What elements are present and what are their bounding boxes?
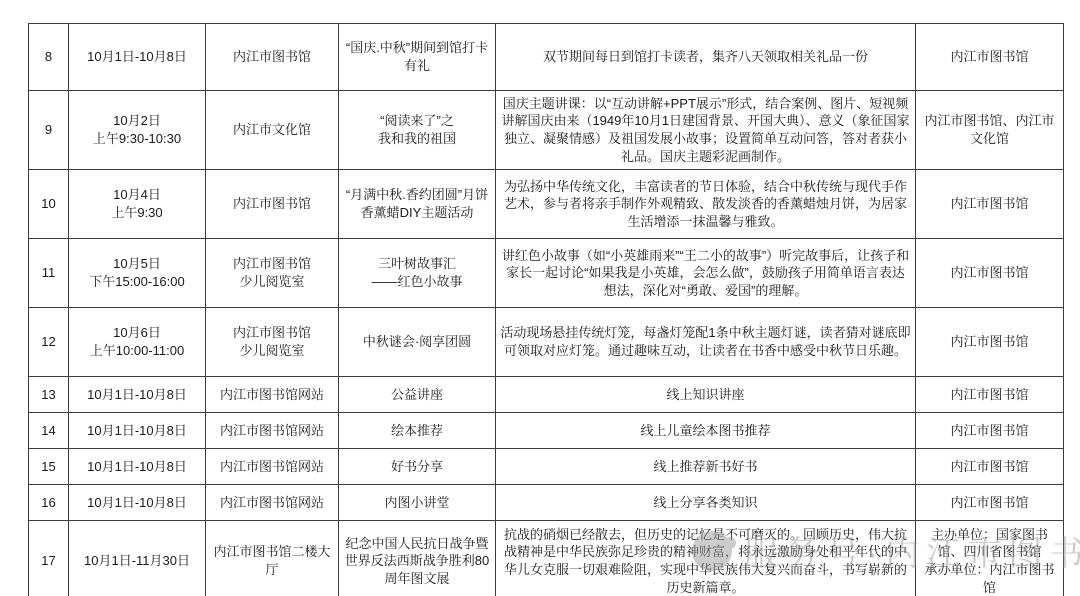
cell-organizer: 内江市图书馆 [916,413,1064,449]
table-row: 8 10月1日-10月8日 内江市图书馆 “国庆.中秋”期间到馆打卡有礼 双节期… [29,24,1064,91]
cell-description: 国庆主题讲课：以“互动讲解+PPT展示”形式，结合案例、图片、短视频讲解国庆由来… [496,91,916,170]
cell-description: 线上推荐新书好书 [496,449,916,485]
cell-location: 内江市图书馆 [206,170,339,239]
cell-activity-title: “月满中秋.香约团圆”月饼香薰蜡DIY主题活动 [339,170,496,239]
cell-activity-title: 绘本推荐 [339,413,496,449]
table-row: 16 10月1日-10月8日 内江市图书馆网站 内图小讲堂 线上分享各类知识 内… [29,485,1064,521]
cell-organizer: 内江市图书馆 [916,449,1064,485]
cell-location: 内江市图书馆 少儿阅览室 [206,308,339,377]
cell-date: 10月2日 上午9:30-10:30 [69,91,206,170]
cell-date: 10月5日 下午15:00-16:00 [69,239,206,308]
cell-location: 内江市图书馆二楼大厅 [206,521,339,596]
cell-organizer: 主办单位：国家图书馆、四川省图书馆 承办单位：内江市图书馆 [916,521,1064,596]
table-row: 9 10月2日 上午9:30-10:30 内江市文化馆 “阅读来了”之 我和我的… [29,91,1064,170]
cell-date: 10月1日-10月8日 [69,485,206,521]
cell-activity-title: 公益讲座 [339,377,496,413]
cell-location: 内江市图书馆网站 [206,449,339,485]
cell-row-number: 10 [29,170,69,239]
cell-row-number: 8 [29,24,69,91]
cell-organizer: 内江市图书馆 [916,308,1064,377]
cell-description: 活动现场悬挂传统灯笼，每盏灯笼配1条中秋主题灯谜，读者猜对谜底即可领取对应灯笼。… [496,308,916,377]
cell-date: 10月1日-10月8日 [69,449,206,485]
cell-activity-title: 内图小讲堂 [339,485,496,521]
cell-activity-title: 纪念中国人民抗日战争暨世界反法西斯战争胜利80周年图文展 [339,521,496,596]
cell-location: 内江市图书馆 少儿阅览室 [206,239,339,308]
table-row: 15 10月1日-10月8日 内江市图书馆网站 好书分享 线上推荐新书好书 内江… [29,449,1064,485]
cell-date: 10月1日-10月8日 [69,377,206,413]
table-row: 17 10月1日-11月30日 内江市图书馆二楼大厅 纪念中国人民抗日战争暨世界… [29,521,1064,596]
cell-activity-title: “国庆.中秋”期间到馆打卡有礼 [339,24,496,91]
cell-row-number: 9 [29,91,69,170]
cell-description: 线上分享各类知识 [496,485,916,521]
cell-date: 10月1日-10月8日 [69,413,206,449]
table-row: 10 10月4日 上午9:30 内江市图书馆 “月满中秋.香约团圆”月饼香薰蜡D… [29,170,1064,239]
cell-row-number: 13 [29,377,69,413]
cell-organizer: 内江市图书馆 [916,24,1064,91]
cell-row-number: 17 [29,521,69,596]
cell-organizer: 内江市图书馆 [916,377,1064,413]
cell-row-number: 12 [29,308,69,377]
table-row: 14 10月1日-10月8日 内江市图书馆网站 绘本推荐 线上儿童绘本图书推荐 … [29,413,1064,449]
table-row: 12 10月6日 上午10:00-11:00 内江市图书馆 少儿阅览室 中秋谜会… [29,308,1064,377]
cell-location: 内江市文化馆 [206,91,339,170]
document-page: 8 10月1日-10月8日 内江市图书馆 “国庆.中秋”期间到馆打卡有礼 双节期… [0,0,1080,596]
cell-description: 线上儿童绘本图书推荐 [496,413,916,449]
cell-row-number: 15 [29,449,69,485]
cell-date: 10月1日-11月30日 [69,521,206,596]
cell-description: 双节期间每日到馆打卡读者，集齐八天领取相关礼品一份 [496,24,916,91]
cell-organizer: 内江市图书馆 [916,170,1064,239]
table-row: 13 10月1日-10月8日 内江市图书馆网站 公益讲座 线上知识讲座 内江市图… [29,377,1064,413]
cell-location: 内江市图书馆网站 [206,485,339,521]
cell-row-number: 14 [29,413,69,449]
cell-description: 为弘扬中华传统文化，丰富读者的节日体验，结合中秋传统与现代手作艺术，参与者将亲手… [496,170,916,239]
cell-location: 内江市图书馆网站 [206,413,339,449]
cell-organizer: 内江市图书馆、内江市文化馆 [916,91,1064,170]
cell-date: 10月6日 上午10:00-11:00 [69,308,206,377]
cell-row-number: 16 [29,485,69,521]
cell-description: 线上知识讲座 [496,377,916,413]
cell-activity-title: 中秋谜会·阅享团圆 [339,308,496,377]
cell-location: 内江市图书馆网站 [206,377,339,413]
cell-description: 讲红色小故事（如“小英雄雨来”“王二小的故事”）听完故事后，让孩子和家长一起讨论… [496,239,916,308]
cell-row-number: 11 [29,239,69,308]
cell-activity-title: 三叶树故事汇 ——红色小故事 [339,239,496,308]
cell-location: 内江市图书馆 [206,24,339,91]
cell-activity-title: “阅读来了”之 我和我的祖国 [339,91,496,170]
activity-schedule-table: 8 10月1日-10月8日 内江市图书馆 “国庆.中秋”期间到馆打卡有礼 双节期… [28,23,1064,596]
cell-date: 10月1日-10月8日 [69,24,206,91]
cell-organizer: 内江市图书馆 [916,485,1064,521]
cell-date: 10月4日 上午9:30 [69,170,206,239]
table-row: 11 10月5日 下午15:00-16:00 内江市图书馆 少儿阅览室 三叶树故… [29,239,1064,308]
cell-description: 抗战的硝烟已经散去，但历史的记忆是不可磨灭的。回顾历史，伟大抗战精神是中华民族弥… [496,521,916,596]
cell-activity-title: 好书分享 [339,449,496,485]
cell-organizer: 内江市图书馆 [916,239,1064,308]
